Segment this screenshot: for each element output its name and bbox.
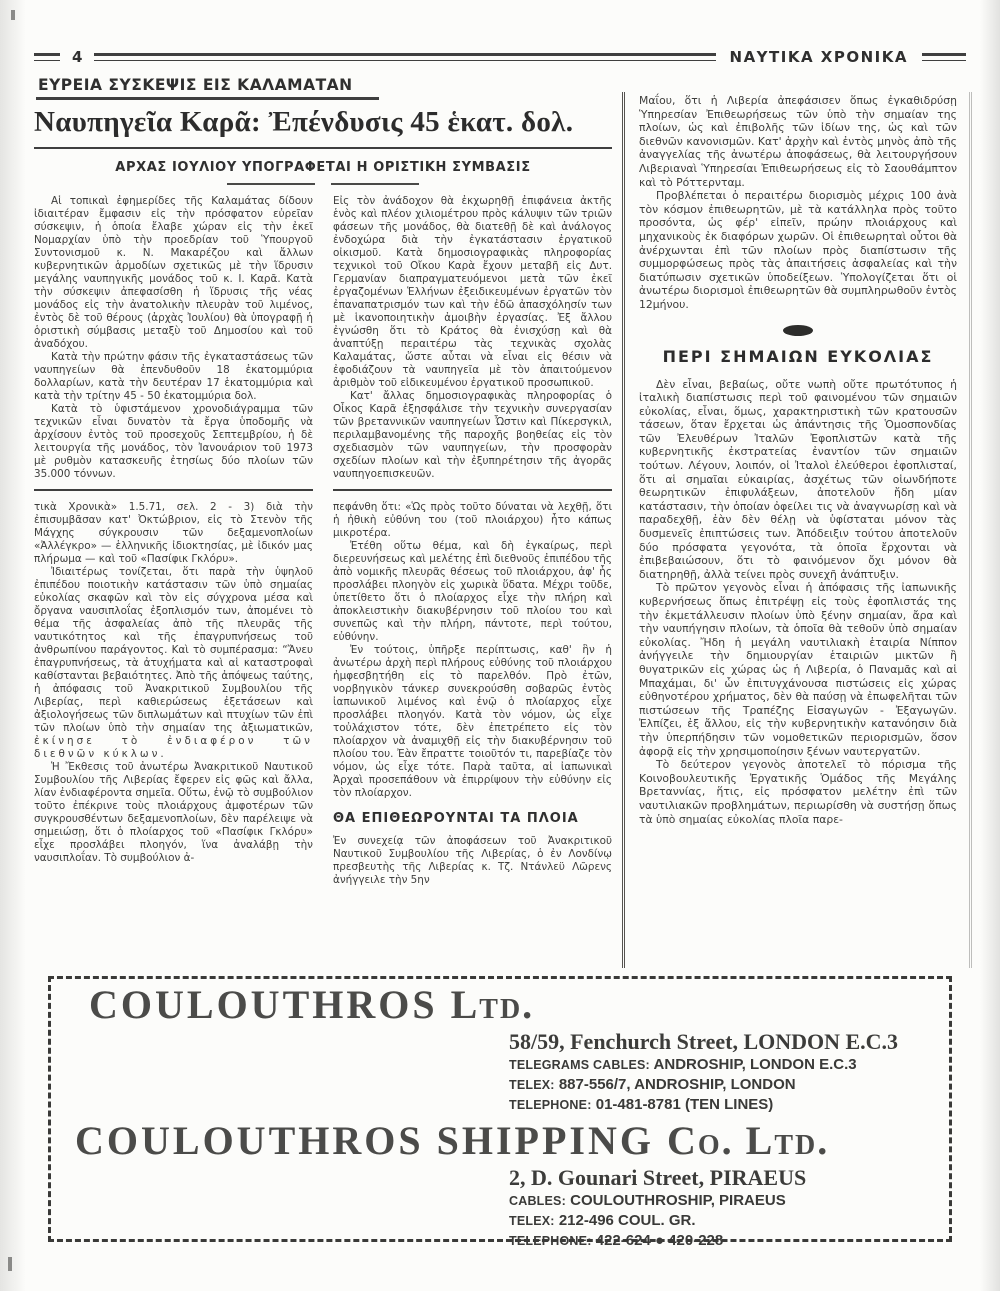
contact-label: TELEX: — [509, 1078, 555, 1092]
lead-column-1: Αἱ τοπικαὶ ἐφημερίδες τῆς Καλαμάτας δίδο… — [34, 195, 313, 481]
article-title: Ναυπηγεῖα Καρᾶ: Ἐπένδυσις 45 ἑκατ. δολ. — [34, 106, 612, 139]
contact-value: 422-624 ● 420-228 — [596, 1232, 724, 1249]
header-rule — [94, 53, 715, 61]
right-column: Μαΐου, ὅτι ἡ Λιβερία ἀπεφάσισεν ὅπως ἐγκ… — [622, 92, 972, 968]
flags-column-2: πεφάνθη ὅτι: «Ὡς πρὸς τοῦτο δύναται νὰ λ… — [333, 501, 612, 887]
contact-label: TELEPHONE: — [509, 1098, 592, 1112]
page-number: 4 — [60, 48, 94, 66]
contact-line: TELEGRAMS CABLES: ANDROSHIP, LONDON E.C.… — [509, 1055, 931, 1075]
body-paragraph: τικὰ Χρονικὰ» 1.5.71, σελ. 2 - 3) διὰ τὴ… — [34, 501, 313, 566]
body-paragraph: Κατ' ἄλλας δημοσιογραφικὰς πληροφορίας ὁ… — [333, 390, 612, 481]
emphasized-phrase: ἐκίνησε τὸ ἐνδιαφέρον τῶν διεθνῶν κύκλων… — [34, 735, 313, 760]
scan-artifact — [11, 10, 15, 20]
body-paragraph: Κατὰ τὴν πρώτην φάσιν τῆς ἐγκαταστάσεως … — [34, 351, 313, 403]
body-paragraph: Ἐν συνεχείᾳ τῶν ἀποφάσεων τοῦ Ἀνακριτικο… — [333, 835, 612, 887]
oval-divider — [783, 325, 813, 336]
body-paragraph: Κατὰ τὸ ὑφιστάμενον χρονοδιάγραμμα τῶν τ… — [34, 403, 313, 481]
company-address: 2, D. Gounari Street, PIRAEUS — [509, 1165, 931, 1191]
body-paragraph: Μαΐου, ὅτι ἡ Λιβερία ἀπεφάσισεν ὅπως ἐγκ… — [639, 94, 957, 189]
flags-column-1: τικὰ Χρονικὰ» 1.5.71, σελ. 2 - 3) διὰ τὴ… — [34, 501, 313, 887]
body-paragraph: πεφάνθη ὅτι: «Ὡς πρὸς τοῦτο δύναται νὰ λ… — [333, 501, 612, 540]
lead-article-zone: ΕΥΡΕΙΑ ΣΥΣΚΕΨΙΣ ΕΙΣ ΚΑΛΑΜΑΤΑΝ Ναυπηγεῖα … — [34, 72, 612, 968]
header-rule — [922, 53, 966, 61]
body-paragraph: Ἐτέθη οὕτω θέμα, καὶ δὴ ἐγκαίρως, περὶ δ… — [333, 540, 612, 644]
company-name: COULOUTHROS Ltd. — [89, 983, 931, 1027]
company-suffix: Ltd. — [451, 982, 535, 1027]
contact-value: 887-556/7, ANDROSHIP, LONDON — [559, 1076, 796, 1093]
contact-value: COULOUTHROSHIP, PIRAEUS — [570, 1192, 786, 1209]
section-heading-inspection: ΘΑ ΕΠΙΘΕΩΡΟΥΝΤΑΙ ΤΑ ΠΛΟΙΑ — [333, 811, 612, 826]
company-address: 58/59, Fenchurch Street, LONDON E.C.3 — [509, 1029, 931, 1055]
body-paragraph: Ἐν τούτοις, ὑπῆρξε περίπτωσις, καθ' ἣν ἡ… — [333, 644, 612, 800]
body-paragraph: Εἰς τὸν ἀνάδοχον θὰ ἐκχωρηθῇ ἐπιφάνεια ἀ… — [333, 195, 612, 390]
body-paragraph: Προβλέπεται ὁ περαιτέρω διορισμὸς μέχρις… — [639, 189, 957, 311]
kicker: ΕΥΡΕΙΑ ΣΥΣΚΕΨΙΣ ΕΙΣ ΚΑΛΑΜΑΤΑΝ — [36, 76, 379, 100]
company-name-text: COULOUTHROS SHIPPING — [75, 1118, 654, 1163]
magazine-page: 4 ΝΑΥΤΙΚΑ ΧΡΟΝΙΚΑ ΕΥΡΕΙΑ ΣΥΣΚΕΨΙΣ ΕΙΣ ΚΑ… — [0, 0, 1000, 1291]
body-paragraph: Αἱ τοπικαὶ ἐφημερίδες τῆς Καλαμάτας δίδο… — [34, 195, 313, 351]
contact-line: TELEPHONE: 01-481-8781 (TEN LINES) — [509, 1095, 931, 1115]
company-contact-block: 2, D. Gounari Street, PIRAEUS CABLES: CO… — [509, 1165, 931, 1251]
article-end-rule — [34, 489, 612, 491]
contact-label: TELEPHONE: — [509, 1234, 592, 1248]
lead-article-columns: Αἱ τοπικαὶ ἐφημερίδες τῆς Καλαμάτας δίδο… — [34, 195, 612, 481]
contact-line: TELEX: 887-556/7, ANDROSHIP, LONDON — [509, 1075, 931, 1095]
advertisement-box: COULOUTHROS Ltd. 58/59, Fenchurch Street… — [48, 976, 952, 1242]
body-paragraph: Ἡ Ἔκθεσις τοῦ ἀνωτέρω Ἀνακριτικοῦ Ναυτικ… — [34, 761, 313, 865]
paragraph-text: Ἰδιαιτέρως τονίζεται, ὅτι παρὰ τὴν ὑψηλο… — [34, 566, 313, 734]
contact-label: TELEX: — [509, 1214, 555, 1228]
company-name: COULOUTHROS SHIPPING Co. Ltd. — [75, 1119, 931, 1163]
body-paragraph: Τὸ δεύτερον γεγονὸς ἀποτελεῖ τὸ πόρισμα … — [639, 758, 957, 826]
body-paragraph: Δὲν εἶναι, βεβαίως, οὔτε νωπὴ οὔτε πρωτό… — [639, 378, 957, 582]
masthead-title: ΝΑΥΤΙΚΑ ΧΡΟΝΙΚΑ — [716, 48, 922, 66]
subtitle-underline — [34, 183, 612, 185]
contact-value: ANDROSHIP, LONDON E.C.3 — [654, 1056, 857, 1073]
contact-label: TELEGRAMS CABLES: — [509, 1058, 650, 1072]
contact-value: 01-481-8781 (TEN LINES) — [596, 1096, 774, 1113]
contact-value: 212-496 COUL. GR. — [559, 1212, 696, 1229]
article-title-block: Ναυπηγεῖα Καρᾶ: Ἐπένδυσις 45 ἑκατ. δολ. — [34, 100, 612, 149]
company-suffix: Co. Ltd. — [667, 1118, 829, 1163]
flags-article-columns: τικὰ Χρονικὰ» 1.5.71, σελ. 2 - 3) διὰ τὴ… — [34, 501, 612, 887]
body-paragraph: Ἰδιαιτέρως τονίζεται, ὅτι παρὰ τὴν ὑψηλο… — [34, 566, 313, 761]
contact-line: TELEX: 212-496 COUL. GR. — [509, 1211, 931, 1231]
section-heading-flags: ΠΕΡΙ ΣΗΜΑΙΩΝ ΕΥΚΟΛΙΑΣ — [639, 347, 957, 366]
page-body: ΕΥΡΕΙΑ ΣΥΣΚΕΨΙΣ ΕΙΣ ΚΑΛΑΜΑΤΑΝ Ναυπηγεῖα … — [34, 72, 972, 968]
article-subtitle: ΑΡΧΑΣ ΙΟΥΛΙΟΥ ΥΠΟΓΡΑΦΕΤΑΙ Η ΟΡΙΣΤΙΚΗ ΣΥΜ… — [34, 160, 612, 175]
page-header: 4 ΝΑΥΤΙΚΑ ΧΡΟΝΙΚΑ — [0, 0, 1000, 66]
header-rule — [34, 53, 60, 61]
company-name-text: COULOUTHROS — [89, 982, 438, 1027]
contact-line: CABLES: COULOUTHROSHIP, PIRAEUS — [509, 1191, 931, 1211]
company-contact-block: 58/59, Fenchurch Street, LONDON E.C.3 TE… — [509, 1029, 931, 1115]
contact-line: TELEPHONE: 422-624 ● 420-228 — [509, 1231, 931, 1251]
contact-label: CABLES: — [509, 1194, 566, 1208]
body-paragraph: Τὸ πρῶτον γεγονὸς εἶναι ἡ ἀπόφασις τῆς ἰ… — [639, 581, 957, 758]
lead-column-2: Εἰς τὸν ἀνάδοχον θὰ ἐκχωρηθῇ ἐπιφάνεια ἀ… — [333, 195, 612, 481]
scan-artifact — [8, 1257, 12, 1271]
